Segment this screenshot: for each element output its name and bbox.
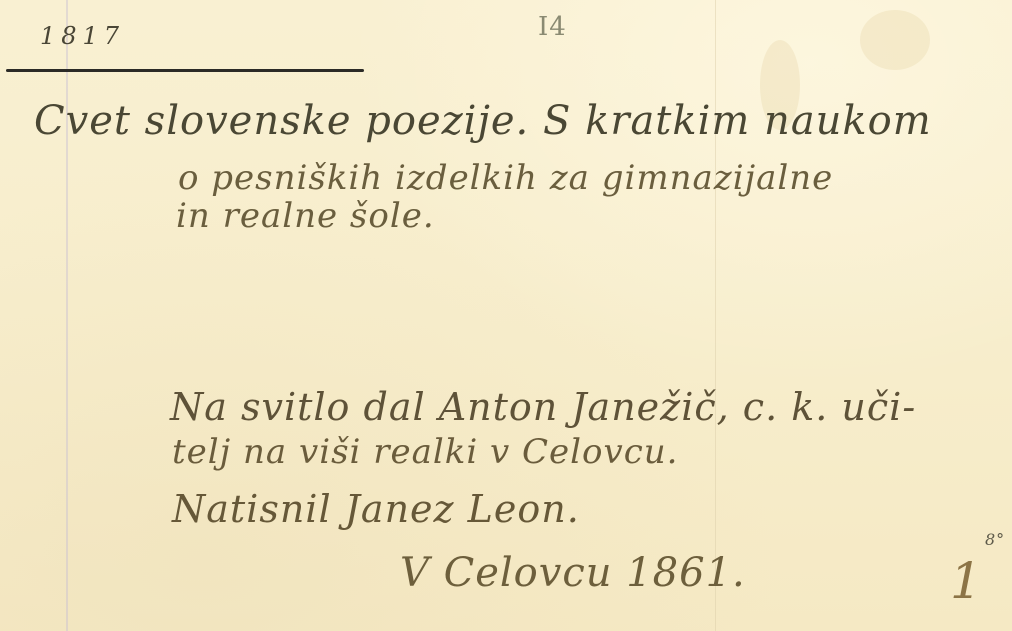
title-line-2: o pesniških izdelkih za gimnazijalne xyxy=(178,158,833,198)
place-and-date: V Celovcu 1861. xyxy=(400,550,746,596)
corner-mark: Ⅰ4 xyxy=(538,12,567,42)
imprint-line-2: telj na viši realki v Celovcu. xyxy=(172,432,678,472)
format-mark: 8° xyxy=(985,530,1005,549)
imprint-line-3: Natisnil Janez Leon. xyxy=(172,487,580,531)
imprint-line-1: Na svitlo dal Anton Janežič, c. k. uči- xyxy=(170,385,916,429)
call-number-year: 1817 xyxy=(40,22,125,50)
title-line-3: in realne šole. xyxy=(176,196,435,236)
catalog-card: 1817 Ⅰ4 Cvet slovenske poezije. S kratki… xyxy=(0,0,1012,631)
volume-number: 1 xyxy=(950,552,983,610)
header-rule xyxy=(6,69,364,72)
paper-stain xyxy=(860,10,930,70)
paper-fold-line xyxy=(715,0,716,631)
title-line-1: Cvet slovenske poezije. S kratkim naukom xyxy=(34,98,932,144)
card-margin-line xyxy=(66,0,68,631)
